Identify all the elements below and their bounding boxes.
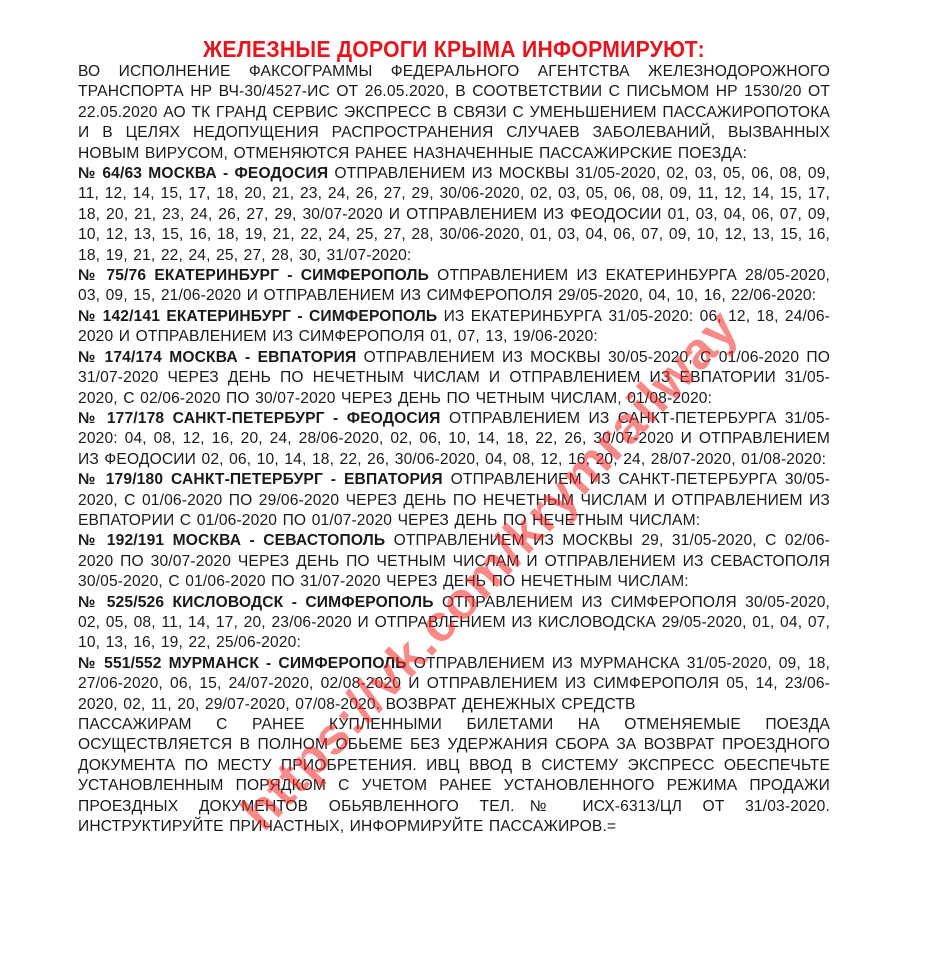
train-route: МУРМАНСК - СИМФЕРОПОЛЬ xyxy=(169,655,407,672)
train-number: № 142/141 xyxy=(78,308,160,325)
train-route: САНКТ-ПЕТЕРБУРГ - ЕВПАТОРИЯ xyxy=(171,471,443,488)
closing-paragraph: ПАССАЖИРАМ С РАНЕЕ КУПЛЕННЫМИ БИЛЕТАМИ Н… xyxy=(78,715,830,837)
train-number: № 192/191 xyxy=(78,532,164,549)
train-route: ЕКАТЕРИНБУРГ - СИМФЕРОПОЛЬ xyxy=(166,308,437,325)
train-entry: № 177/178 САНКТ-ПЕТЕРБУРГ - ФЕОДОСИЯ ОТП… xyxy=(78,409,830,470)
train-route: МОСКВА - ЕВПАТОРИЯ xyxy=(169,349,356,366)
train-number: № 64/63 xyxy=(78,165,142,182)
train-number: № 525/526 xyxy=(78,594,164,611)
train-entry: № 525/526 КИСЛОВОДСК - СИМФЕРОПОЛЬ ОТПРА… xyxy=(78,593,830,654)
train-entry: № 192/191 МОСКВА - СЕВАСТОПОЛЬ ОТПРАВЛЕН… xyxy=(78,531,830,592)
train-number: № 177/178 xyxy=(78,410,164,427)
train-list: № 64/63 МОСКВА - ФЕОДОСИЯ ОТПРАВЛЕНИЕМ И… xyxy=(78,164,830,715)
train-route: САНКТ-ПЕТЕРБУРГ - ФЕОДОСИЯ xyxy=(173,410,441,427)
train-route: КИСЛОВОДСК - СИМФЕРОПОЛЬ xyxy=(173,594,434,611)
train-entry: № 551/552 МУРМАНСК - СИМФЕРОПОЛЬ ОТПРАВЛ… xyxy=(78,654,830,715)
train-route: ЕКАТЕРИНБУРГ - СИМФЕРОПОЛЬ xyxy=(154,267,429,284)
intro-paragraph: ВО ИСПОЛНЕНИЕ ФАКСОГРАММЫ ФЕДЕРАЛЬНОГО А… xyxy=(78,62,830,164)
train-route: МОСКВА - СЕВАСТОПОЛЬ xyxy=(173,532,386,549)
train-entry: № 64/63 МОСКВА - ФЕОДОСИЯ ОТПРАВЛЕНИЕМ И… xyxy=(78,164,830,266)
notice-title: ЖЕЛЕЗНЫЕ ДОРОГИ КРЫМА ИНФОРМИРУЮТ: xyxy=(108,36,800,62)
train-number: № 179/180 xyxy=(78,471,163,488)
train-entry: № 179/180 САНКТ-ПЕТЕРБУРГ - ЕВПАТОРИЯ ОТ… xyxy=(78,470,830,531)
train-entry: № 75/76 ЕКАТЕРИНБУРГ - СИМФЕРОПОЛЬ ОТПРА… xyxy=(78,266,830,307)
train-entry: № 174/174 МОСКВА - ЕВПАТОРИЯ ОТПРАВЛЕНИЕ… xyxy=(78,348,830,409)
train-number: № 174/174 xyxy=(78,349,162,366)
train-number: № 75/76 xyxy=(78,267,146,284)
train-number: № 551/552 xyxy=(78,655,162,672)
notice-document: ЖЕЛЕЗНЫЕ ДОРОГИ КРЫМА ИНФОРМИРУЮТ: ВО ИС… xyxy=(78,36,830,837)
train-route: МОСКВА - ФЕОДОСИЯ xyxy=(148,165,328,182)
train-entry: № 142/141 ЕКАТЕРИНБУРГ - СИМФЕРОПОЛЬ ИЗ … xyxy=(78,307,830,348)
